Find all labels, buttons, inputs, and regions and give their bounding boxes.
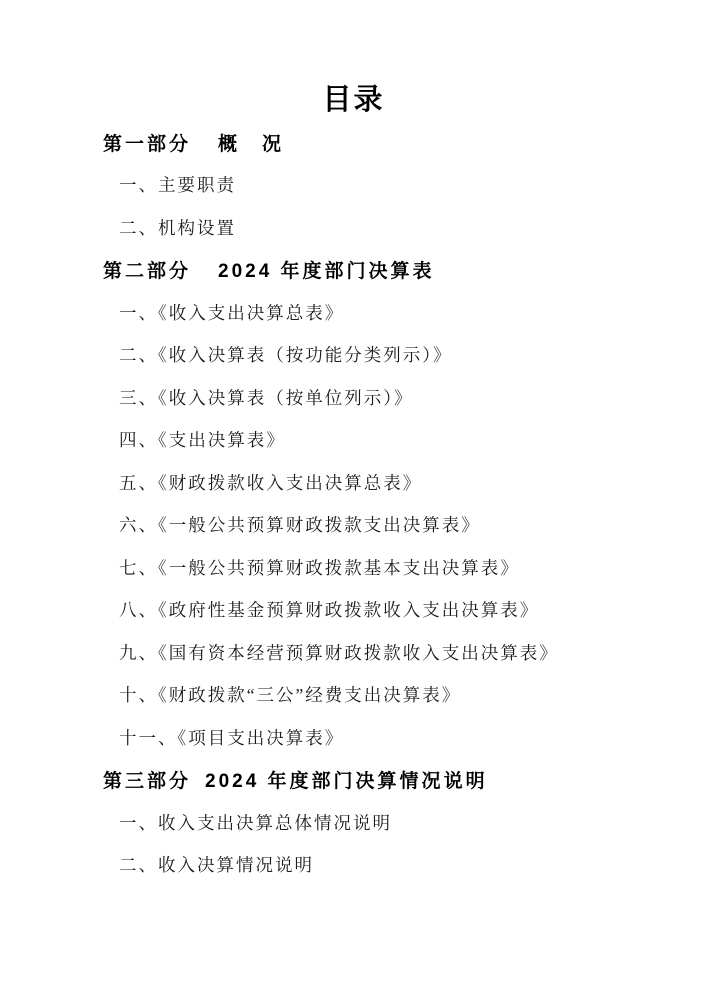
toc-item: 十一、《项目支出决算表》 — [0, 716, 707, 759]
toc-item: 二、机构设置 — [0, 206, 707, 249]
section-part3-label: 第三部分 — [103, 766, 191, 793]
toc-item: 六、《一般公共预算财政拨款支出决算表》 — [0, 504, 707, 547]
section-part3-title: 2024 年度部门决算情况说明 — [205, 766, 488, 793]
toc-item: 九、《国有资本经营预算财政拨款收入支出决算表》 — [0, 631, 707, 674]
toc-item: 五、《财政拨款收入支出决算总表》 — [0, 461, 707, 504]
toc-item: 七、《一般公共预算财政拨款基本支出决算表》 — [0, 546, 707, 589]
section-heading-part2: 第二部分 2024 年度部门决算表 — [0, 249, 707, 292]
section-part2-label: 第二部分 — [103, 256, 191, 283]
toc-rows: 第一部分 概 况 一、主要职责 二、机构设置 第二部分 2024 年度部门决算表… — [0, 121, 707, 886]
toc-page: 目录 第一部分 概 况 一、主要职责 二、机构设置 第二部分 2024 年度部门… — [0, 0, 707, 1000]
toc-item: 一、主要职责 — [0, 164, 707, 207]
toc-item: 一、收入支出决算总体情况说明 — [0, 801, 707, 844]
toc-item: 二、《收入决算表（按功能分类列示）》 — [0, 334, 707, 377]
document-title: 目录 — [0, 0, 707, 116]
section-part1-title: 概 况 — [218, 129, 284, 156]
section-heading-part1: 第一部分 概 况 — [0, 121, 707, 164]
toc-item: 三、《收入决算表（按单位列示）》 — [0, 376, 707, 419]
section-part2-title: 2024 年度部门决算表 — [218, 256, 435, 283]
toc-item: 四、《支出决算表》 — [0, 419, 707, 462]
toc-item: 一、《收入支出决算总表》 — [0, 291, 707, 334]
section-part1-label: 第一部分 — [103, 129, 191, 156]
section-heading-part3: 第三部分 2024 年度部门决算情况说明 — [0, 759, 707, 802]
toc-item: 八、《政府性基金预算财政拨款收入支出决算表》 — [0, 589, 707, 632]
toc-item: 二、收入决算情况说明 — [0, 844, 707, 887]
toc-item: 十、《财政拨款“三公”经费支出决算表》 — [0, 674, 707, 717]
